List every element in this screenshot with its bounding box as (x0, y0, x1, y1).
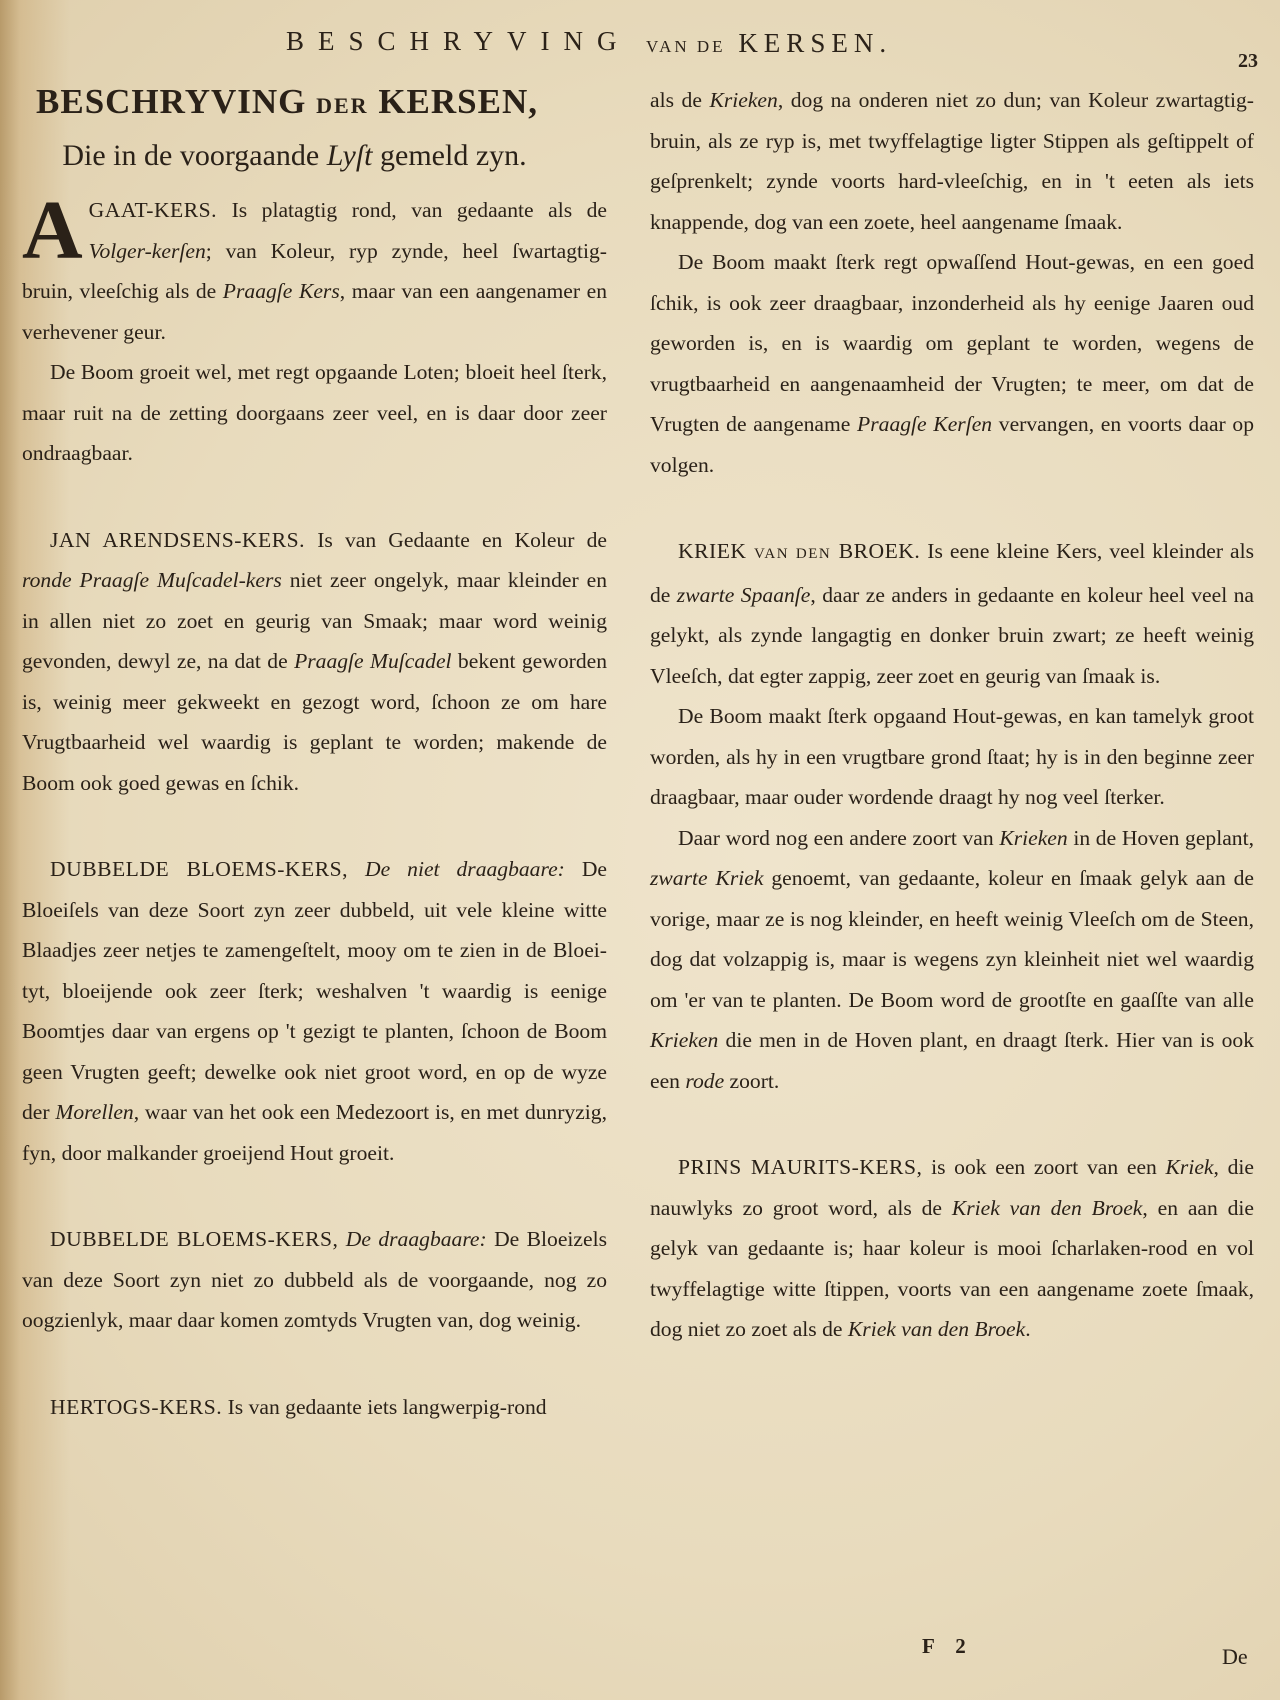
entry-jan-arendsens-kers: JAN ARENDSENS-KERS. Is van Gedaante en K… (22, 520, 607, 804)
entry-agaat-kers: AGAAT-KERS. Is platagtig rond, van gedaa… (22, 190, 607, 474)
left-column: BESCHRYVING DER KERSEN, Die in de voorga… (22, 80, 607, 1427)
page-number: 23 (1238, 50, 1258, 73)
entry-heading: DUBBELDE BLOEMS-KERS, (50, 1227, 338, 1251)
entry-heading: JAN ARENDSENS-KERS. (50, 528, 305, 552)
entry-heading: GAAT-KERS. (89, 198, 217, 222)
entry-heading: PRINS MAURITS-KERS, (678, 1155, 922, 1179)
page-subtitle: Die in de voorgaande Lyſt gemeld zyn. (22, 136, 607, 176)
running-head-right: VAN DE KERSEN. (646, 28, 892, 59)
entry-continuation: als de Krieken, dog na onderen niet zo d… (650, 80, 1254, 485)
right-column: als de Krieken, dog na onderen niet zo d… (650, 80, 1254, 1350)
entry-dubbelde-bloems-kers-niet-draagbaar: DUBBELDE BLOEMS-KERS, De niet draagbaare… (22, 849, 607, 1173)
page-title: BESCHRYVING DER KERSEN, (36, 80, 607, 128)
catchword: De (1222, 1644, 1248, 1670)
entry-hertogs-kers: HERTOGS-KERS. Is van gedaante iets langw… (22, 1387, 607, 1428)
running-head-left: BESCHRYVING (286, 26, 631, 57)
entry-heading: HERTOGS-KERS. (50, 1395, 222, 1419)
entry-kriek-van-den-broek: KRIEK VAN DEN BROEK. Is eene kleine Kers… (650, 531, 1254, 1101)
entry-prins-maurits-kers: PRINS MAURITS-KERS, is ook een zoort van… (650, 1147, 1254, 1350)
signature-mark: F 2 (922, 1634, 974, 1659)
drop-cap: A (22, 198, 83, 264)
entry-heading: DUBBELDE BLOEMS-KERS, (50, 857, 348, 881)
entry-heading: KRIEK VAN DEN BROEK. (678, 539, 920, 563)
running-head: BESCHRYVING VAN DE KERSEN. (0, 20, 1280, 70)
entry-dubbelde-bloems-kers-draagbaar: DUBBELDE BLOEMS-KERS, De draagbaare: De … (22, 1219, 607, 1341)
book-page: BESCHRYVING VAN DE KERSEN. 23 BESCHRYVIN… (0, 0, 1280, 1700)
